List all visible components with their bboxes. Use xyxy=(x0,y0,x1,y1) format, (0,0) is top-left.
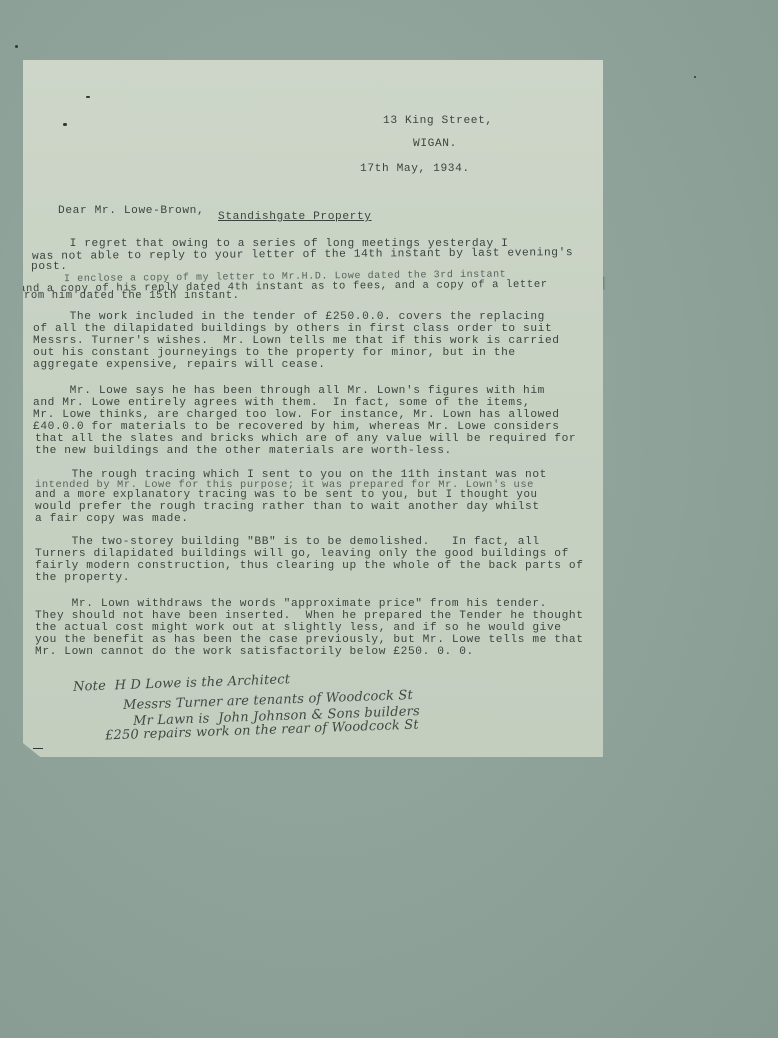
paragraph-line: post. xyxy=(31,261,68,274)
paragraph-line: aggregate expensive, repairs will cease. xyxy=(33,359,326,372)
paragraph-line: and a more explanatory tracing was to be… xyxy=(35,490,538,501)
address-street: 13 King Street, xyxy=(383,115,493,128)
paragraph-line: was not able to reply to your letter of … xyxy=(32,247,573,264)
address-town: WIGAN. xyxy=(413,138,457,151)
ink-speck xyxy=(86,96,90,98)
paragraph-line: a fair copy was made. xyxy=(35,513,189,526)
paragraph-line: Mr. Lown cannot do the work satisfactori… xyxy=(35,646,474,659)
handwritten-line: Note H D Lowe is the Architect xyxy=(73,672,291,695)
ink-speck xyxy=(63,123,67,126)
paragraph-line: the new buildings and the other material… xyxy=(35,445,452,458)
letter-page: 13 King Street, WIGAN. 17th May, 1934. D… xyxy=(23,60,603,757)
salutation: Dear Mr. Lowe-Brown, xyxy=(58,205,204,218)
subject-heading: Standishgate Property xyxy=(218,211,372,224)
margin-dash xyxy=(33,748,43,749)
background-speck xyxy=(694,76,696,78)
background-speck xyxy=(15,45,18,48)
letter-date: 17th May, 1934. xyxy=(360,163,470,176)
paragraph-line: the property. xyxy=(35,572,130,585)
paragraph-line: from him dated the 15th instant. xyxy=(17,291,240,301)
